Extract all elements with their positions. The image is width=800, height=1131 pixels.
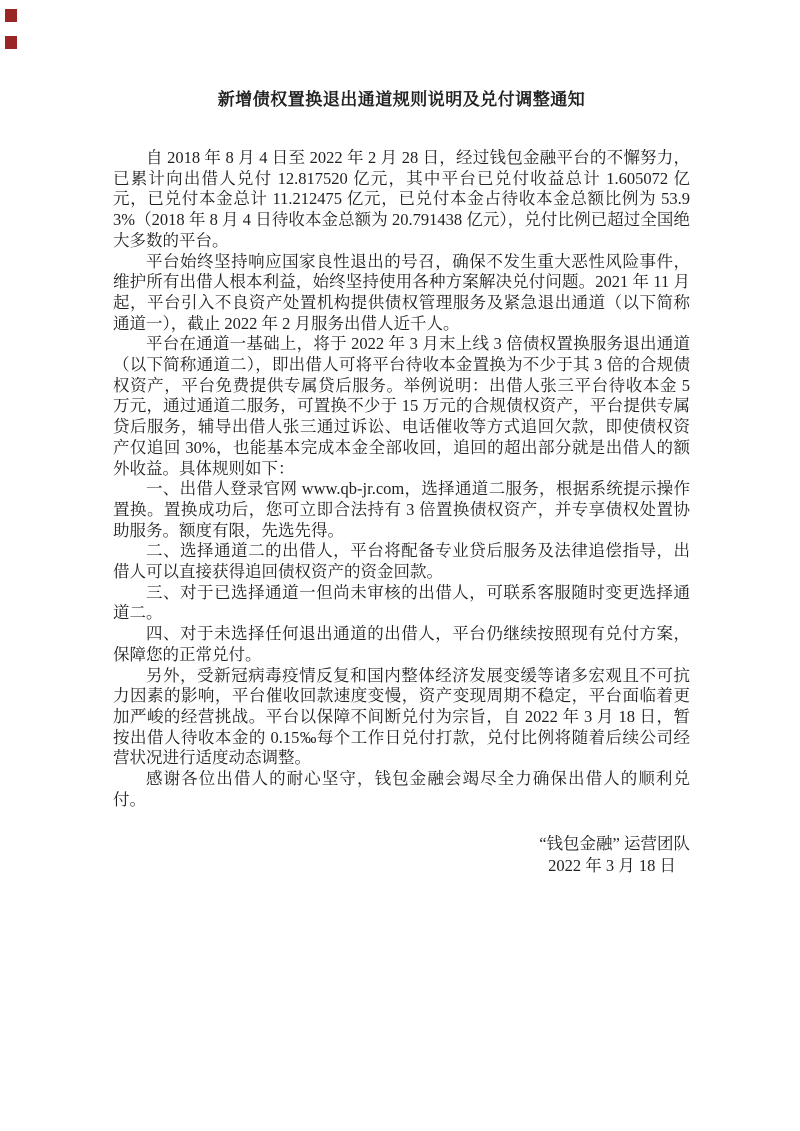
rule-item-1: 一、出借人登录官网 www.qb-jr.com，选择通道二服务，根据系统提示操作… xyxy=(113,479,690,541)
red-corner-mark-top xyxy=(5,9,17,22)
signature-date: 2022 年 3 月 18 日 xyxy=(113,855,690,877)
paragraph-thanks: 感谢各位出借人的耐心坚守，钱包金融会竭尽全力确保出借人的顺利兑付。 xyxy=(113,769,690,810)
paragraph-repayment-summary: 自 2018 年 8 月 4 日至 2022 年 2 月 28 日，经过钱包金融… xyxy=(113,148,690,252)
signature-block: “钱包金融” 运营团队 2022 年 3 月 18 日 xyxy=(113,833,690,877)
document-page: 新增债权置换退出通道规则说明及兑付调整通知 自 2018 年 8 月 4 日至 … xyxy=(0,0,800,1131)
rule-item-3: 三、对于已选择通道一但尚未审核的出借人，可联系客服随时变更选择通道二。 xyxy=(113,583,690,624)
paragraph-channel-two-intro: 平台在通道一基础上，将于 2022 年 3 月末上线 3 倍债权置换服务退出通道… xyxy=(113,334,690,479)
rule-item-4: 四、对于未选择任何退出通道的出借人，平台仍继续按照现有兑付方案，保障您的正常兑付… xyxy=(113,624,690,665)
signature-team: “钱包金融” 运营团队 xyxy=(113,833,690,855)
paragraph-platform-commitment: 平台始终坚持响应国家良性退出的号召，确保不发生重大恶性风险事件，维护所有出借人根… xyxy=(113,252,690,335)
document-title: 新增债权置换退出通道规则说明及兑付调整通知 xyxy=(113,90,690,110)
notice-document: 新增债权置换退出通道规则说明及兑付调整通知 自 2018 年 8 月 4 日至 … xyxy=(113,90,690,877)
rule-item-2: 二、选择通道二的出借人，平台将配备专业贷后服务及法律追偿指导，出借人可以直接获得… xyxy=(113,541,690,582)
paragraph-payment-adjustment: 另外，受新冠病毒疫情反复和国内整体经济发展变缓等诸多宏观且不可抗力因素的影响，平… xyxy=(113,666,690,770)
red-corner-mark-bottom xyxy=(5,36,17,49)
